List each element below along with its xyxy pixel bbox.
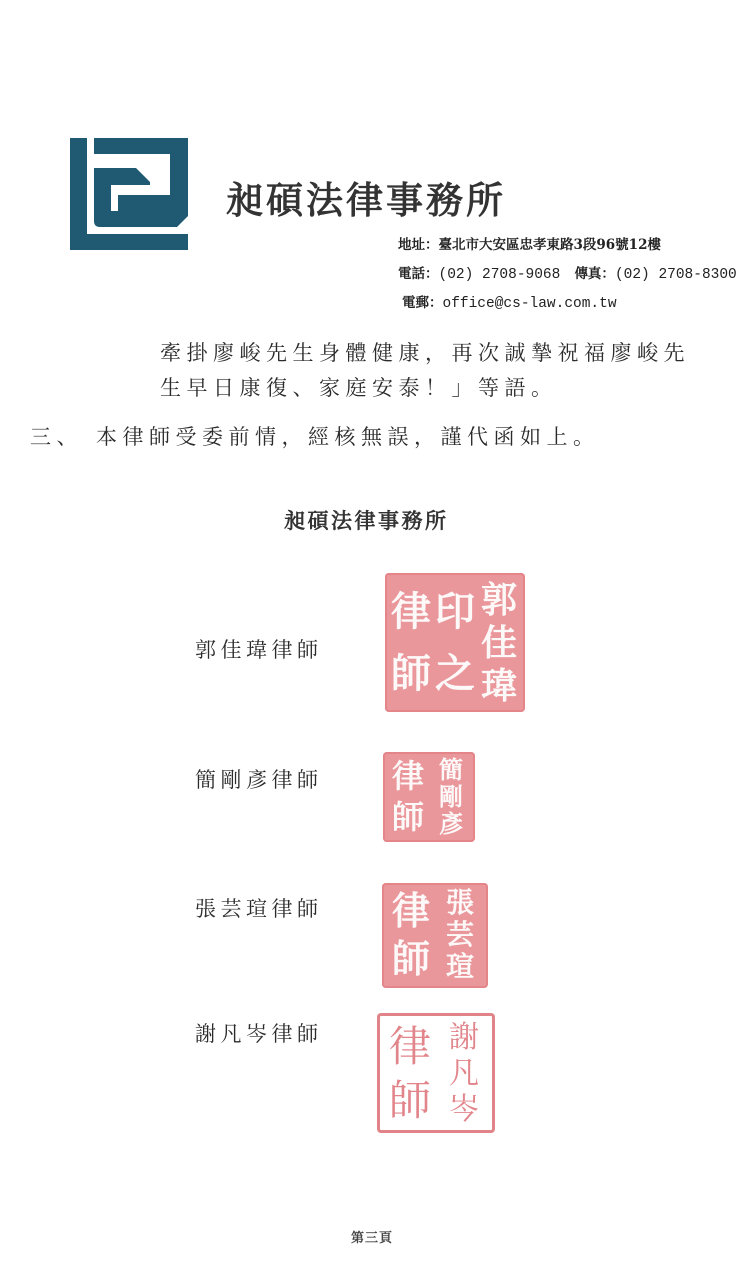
lawyer-name: 謝凡岑律師	[195, 1018, 323, 1048]
phone-value: (02) 2708-9068	[439, 267, 561, 283]
seal-char: 師	[387, 797, 429, 837]
seal-char: 印	[433, 581, 477, 643]
paragraph-line: 生早日康復、家庭安泰！」等語。	[160, 372, 558, 402]
seal-char: 律	[387, 756, 429, 796]
seal-char: 之	[433, 643, 477, 705]
seal-char: 佳	[477, 622, 521, 664]
firm-logo	[70, 138, 188, 250]
fax-value: (02) 2708-8300	[615, 267, 737, 283]
firm-name-header: 昶碩法律事務所	[226, 170, 506, 224]
firm-logo-icon	[70, 138, 188, 250]
fax-label: 傳真：	[574, 266, 615, 282]
email-label: 電郵：	[402, 295, 443, 311]
seal-char: 凡	[438, 1056, 490, 1092]
lawyer-name: 郭佳瑋律師	[195, 634, 323, 664]
seal-char: 謝	[438, 1020, 490, 1056]
seal-char: 彥	[431, 810, 471, 837]
seal-char: 簡	[431, 756, 471, 783]
lawyer-name: 張芸瑄律師	[195, 893, 323, 923]
seal-char: 張	[437, 887, 483, 919]
address-value: 臺北市大安區忠孝東路3段96號12樓	[439, 237, 661, 253]
seal-char: 瑄	[437, 951, 483, 983]
lawyer-seal-stamp: 張 芸 瑄 律 師	[382, 883, 488, 988]
seal-char: 師	[386, 935, 436, 983]
address-label: 地址：	[398, 237, 439, 253]
email-value: office@cs-law.com.tw	[443, 296, 617, 312]
seal-char: 芸	[437, 919, 483, 951]
seal-char: 剛	[431, 783, 471, 810]
list-item-3: 三、本律師受委前情，經核無誤，謹代函如上。	[30, 421, 600, 451]
seal-char: 瑋	[477, 665, 521, 707]
lawyer-seal-stamp: 郭 佳 瑋 印 之 律 師	[385, 573, 525, 712]
seal-char: 律	[386, 887, 436, 935]
signature-firm-name: 昶碩法律事務所	[284, 505, 449, 535]
seal-char: 岑	[438, 1092, 490, 1128]
address-line: 地址：臺北市大安區忠孝東路3段96號12樓	[398, 233, 661, 253]
paragraph-line: 牽掛廖峻先生身體健康，再次誠摯祝福廖峻先	[160, 337, 690, 367]
phone-fax-line: 電話：(02) 2708-9068 傳真：(02) 2708-8300	[398, 262, 737, 283]
phone-label: 電話：	[398, 266, 439, 282]
seal-char: 師	[384, 1074, 436, 1128]
seal-char: 郭	[477, 579, 521, 621]
seal-char: 師	[389, 643, 433, 705]
seal-char: 律	[384, 1020, 436, 1074]
email-line: 電郵：office@cs-law.com.tw	[402, 291, 617, 312]
lawyer-name: 簡剛彥律師	[195, 764, 323, 794]
page-number: 第三頁	[351, 1227, 393, 1246]
lawyer-seal-stamp: 謝 凡 岑 律 師	[377, 1013, 495, 1133]
lawyer-seal-stamp: 簡 剛 彥 律 師	[383, 752, 475, 842]
list-item-text: 本律師受委前情，經核無誤，謹代函如上。	[96, 425, 600, 449]
seal-char: 律	[389, 581, 433, 643]
list-item-number: 三、	[30, 421, 96, 451]
